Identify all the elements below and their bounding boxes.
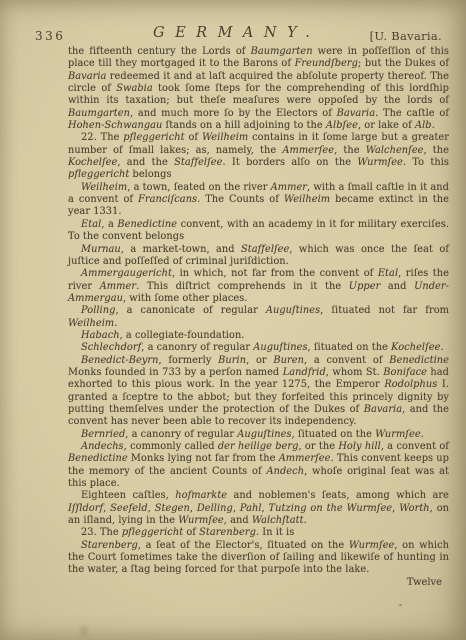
body-text: , a market-town, and <box>121 244 241 255</box>
body-text: , a canonicate of regular <box>115 305 265 316</box>
italic-text: Wurmſee <box>178 515 224 526</box>
italic-text: Benedict-Beyrn <box>81 355 158 366</box>
paragraph: 22. The pfleggericht of Weilheim contain… <box>68 132 449 181</box>
italic-text: Andechs <box>81 441 124 452</box>
italic-text: Auguſtines <box>253 342 307 353</box>
italic-text: der heilige berg <box>218 441 299 452</box>
body-text: , a collegiate-foundation. <box>120 330 245 341</box>
paragraph: Etal, a Benedictine convent, with an aca… <box>68 219 449 244</box>
paragraph: Benedict-Beyrn, formerly Burin, or Buren… <box>68 355 449 429</box>
body-text: , or lake of <box>358 120 415 131</box>
body-text: , a <box>101 219 117 230</box>
italic-text: Tutzing on the Wurmſee <box>269 503 393 514</box>
italic-text: Bavaria <box>337 108 375 119</box>
italic-text: Albſee <box>326 120 358 131</box>
paragraph: Eighteen caſtles, hofmarkte and noblemen… <box>68 490 449 527</box>
italic-text: Alb <box>415 120 432 131</box>
italic-text: Rodolphus <box>384 379 437 390</box>
italic-text: Benedictine <box>117 219 177 230</box>
running-title: GERMANY. <box>153 25 320 41</box>
italic-text: Landfrid <box>283 367 326 378</box>
body-text: Eighteen caſtles, <box>81 490 175 501</box>
italic-text: Hohen-Schwangau <box>68 120 162 131</box>
italic-text: Iſſldorf <box>68 503 103 514</box>
italic-text: Andech <box>267 466 305 477</box>
body-text: , and the <box>117 157 174 168</box>
body-text: ; but the Dukes of <box>358 58 449 69</box>
body-text: , ſituated not far from <box>320 305 449 316</box>
italic-text: Schlechdorf <box>81 342 141 353</box>
body-text: , with ſome other places. <box>123 293 248 304</box>
italic-text: Boniface <box>383 367 427 378</box>
body-text: , a convent of <box>304 355 389 366</box>
italic-text: Stegen <box>155 503 190 514</box>
italic-text: Murnau <box>81 244 121 255</box>
italic-text: Buren <box>273 355 304 366</box>
paragraph: 23. The pfleggericht of Starenberg. In i… <box>68 527 449 539</box>
body-text: , <box>148 503 155 514</box>
italic-text: Ammerſee <box>282 145 334 156</box>
italic-text: Weilheim <box>81 182 127 193</box>
italic-text: Polling <box>81 305 115 316</box>
italic-text: Benedictine <box>389 355 449 366</box>
body-text: of <box>185 132 202 143</box>
italic-text: Franciſcans <box>138 194 197 205</box>
body-text: . This diſtrict comprehends in it the <box>136 281 349 292</box>
italic-text: Burin <box>218 355 246 366</box>
body-text: , commonly called <box>124 441 218 452</box>
body-text: , <box>262 503 269 514</box>
body-text: , ſituated on the <box>292 429 376 440</box>
italic-text: Weilheim <box>68 318 114 329</box>
italic-text: Seefeld <box>110 503 148 514</box>
body-text: ſtands on a hill adjoining to the <box>162 120 326 131</box>
body-text: . <box>421 429 424 440</box>
text-block: the fifteenth century the Lords of Baumg… <box>68 46 449 589</box>
paper-smudge <box>80 626 88 636</box>
italic-text: Swabia <box>116 83 152 94</box>
book-page: 336 GERMANY. [U. Bavaria. the fifteenth … <box>0 0 466 640</box>
body-text: , formerly <box>158 355 218 366</box>
italic-text: Ammergaugericht <box>81 268 172 279</box>
body-text: . To this <box>403 157 449 168</box>
italic-text: Staffelſee <box>174 157 222 168</box>
italic-text: Pahl <box>240 503 262 514</box>
body-text: Monks lying not far from the <box>128 453 279 464</box>
italic-text: Wurmſee <box>357 157 403 168</box>
body-text: , a canonry of regular <box>141 342 253 353</box>
italic-text: Kochelſee <box>391 342 440 353</box>
paragraph: Polling, a canonicate of regular Auguſti… <box>68 305 449 330</box>
body-text: belongs <box>129 169 171 180</box>
paragraph: the fifteenth century the Lords of Baumg… <box>68 46 449 132</box>
italic-text: Ammerſee <box>279 453 331 464</box>
page-header: 336 GERMANY. [U. Bavaria. <box>35 25 449 47</box>
italic-text: Kochelſee <box>68 157 117 168</box>
italic-text: Bernried <box>81 429 125 440</box>
italic-text: Walchenſee <box>366 145 424 156</box>
body-text: . In it is <box>256 527 294 538</box>
body-text: , or the <box>298 441 338 452</box>
italic-text: Baumgarten <box>251 46 313 57</box>
body-text: , ſituated on the <box>308 342 392 353</box>
body-text: , <box>233 503 240 514</box>
italic-text: Weilheim <box>284 194 330 205</box>
italic-text: Bavaria <box>364 404 402 415</box>
body-text: , a town, ſeated on the river <box>127 182 270 193</box>
body-text: , whom St. <box>326 367 384 378</box>
italic-text: Etal <box>378 268 398 279</box>
body-text: . <box>440 342 443 353</box>
italic-text: Delling <box>197 503 233 514</box>
italic-text: Walchſtatt <box>252 515 304 526</box>
italic-text: Habach <box>81 330 120 341</box>
paragraph: Andechs, commonly called der heilige ber… <box>68 441 449 490</box>
body-text: . <box>432 120 435 131</box>
italic-text: Baumgarten <box>68 108 130 119</box>
italic-text: Holy hill <box>338 441 381 452</box>
body-text: . <box>114 318 117 329</box>
italic-text: pfleggericht <box>68 169 129 180</box>
body-text: Monks founded in 733 by a perſon named <box>68 367 283 378</box>
page-number: 336 <box>35 29 65 43</box>
paragraph: Habach, a collegiate-foundation. <box>68 330 449 342</box>
section-label: [U. Bavaria. <box>370 29 442 43</box>
italic-text: Ammer <box>271 182 307 193</box>
italic-text: Wurmſee <box>349 540 395 551</box>
italic-text: Starenberg <box>81 540 138 551</box>
body-text: , in which, not far from the convent of <box>172 268 378 279</box>
body-text: , a canonry of regular <box>125 429 237 440</box>
body-text: , a convent of <box>381 441 449 452</box>
italic-text: Worth <box>399 503 429 514</box>
italic-text: Auguſtines <box>266 305 320 316</box>
body-text: . The Counts of <box>197 194 284 205</box>
italic-text: Freundſberg <box>295 58 358 69</box>
italic-text: Etal <box>81 219 101 230</box>
body-text: , and <box>224 515 252 526</box>
body-text: , the <box>334 145 366 156</box>
body-text: . It borders alſo on the <box>223 157 358 168</box>
body-text: , a ſeat of the Elector's, ſituated on t… <box>138 540 349 551</box>
body-text: the fifteenth century the Lords of <box>68 46 251 57</box>
paragraph: Weilheim, a town, ſeated on the river Am… <box>68 182 449 219</box>
body-text: , or <box>246 355 273 366</box>
body-text: , <box>190 503 197 514</box>
body-text: 23. The <box>81 527 122 538</box>
body-text: , the <box>424 145 449 156</box>
italic-text: Wurmſee <box>375 429 421 440</box>
italic-text: Auguſtines <box>237 429 291 440</box>
italic-text: Starenberg <box>199 527 256 538</box>
paragraph: Schlechdorf, a canonry of regular Auguſt… <box>68 342 449 354</box>
ink-speck <box>399 604 402 606</box>
italic-text: Benedictine <box>68 453 128 464</box>
body-text: . <box>304 515 307 526</box>
italic-text: pfleggericht <box>123 132 184 143</box>
catchword: Twelve <box>68 577 449 589</box>
italic-text: hofmarkte <box>175 490 227 501</box>
italic-text: Bavaria <box>68 71 106 82</box>
italic-text: Staffelſee <box>241 244 289 255</box>
body-text: and noblemen's ſeats, among which are <box>227 490 449 501</box>
italic-text: Weilheim <box>202 132 248 143</box>
body-text: and <box>380 281 414 292</box>
paragraph: Bernried, a canonry of regular Auguſtine… <box>68 429 449 441</box>
italic-text: Ammer <box>100 281 136 292</box>
italic-text: pfleggericht <box>122 527 183 538</box>
italic-text: Upper <box>349 281 381 292</box>
paragraph: Murnau, a market-town, and Staffelſee, w… <box>68 244 449 269</box>
body-text: of <box>183 527 199 538</box>
paragraph: Starenberg, a ſeat of the Elector's, ſit… <box>68 540 449 577</box>
body-text: 22. The <box>81 132 123 143</box>
body-text: . The caſtle of <box>375 108 449 119</box>
body-text: , and much more ſo by the Electors of <box>130 108 337 119</box>
paragraph: Ammergaugericht, in which, not far from … <box>68 268 449 305</box>
